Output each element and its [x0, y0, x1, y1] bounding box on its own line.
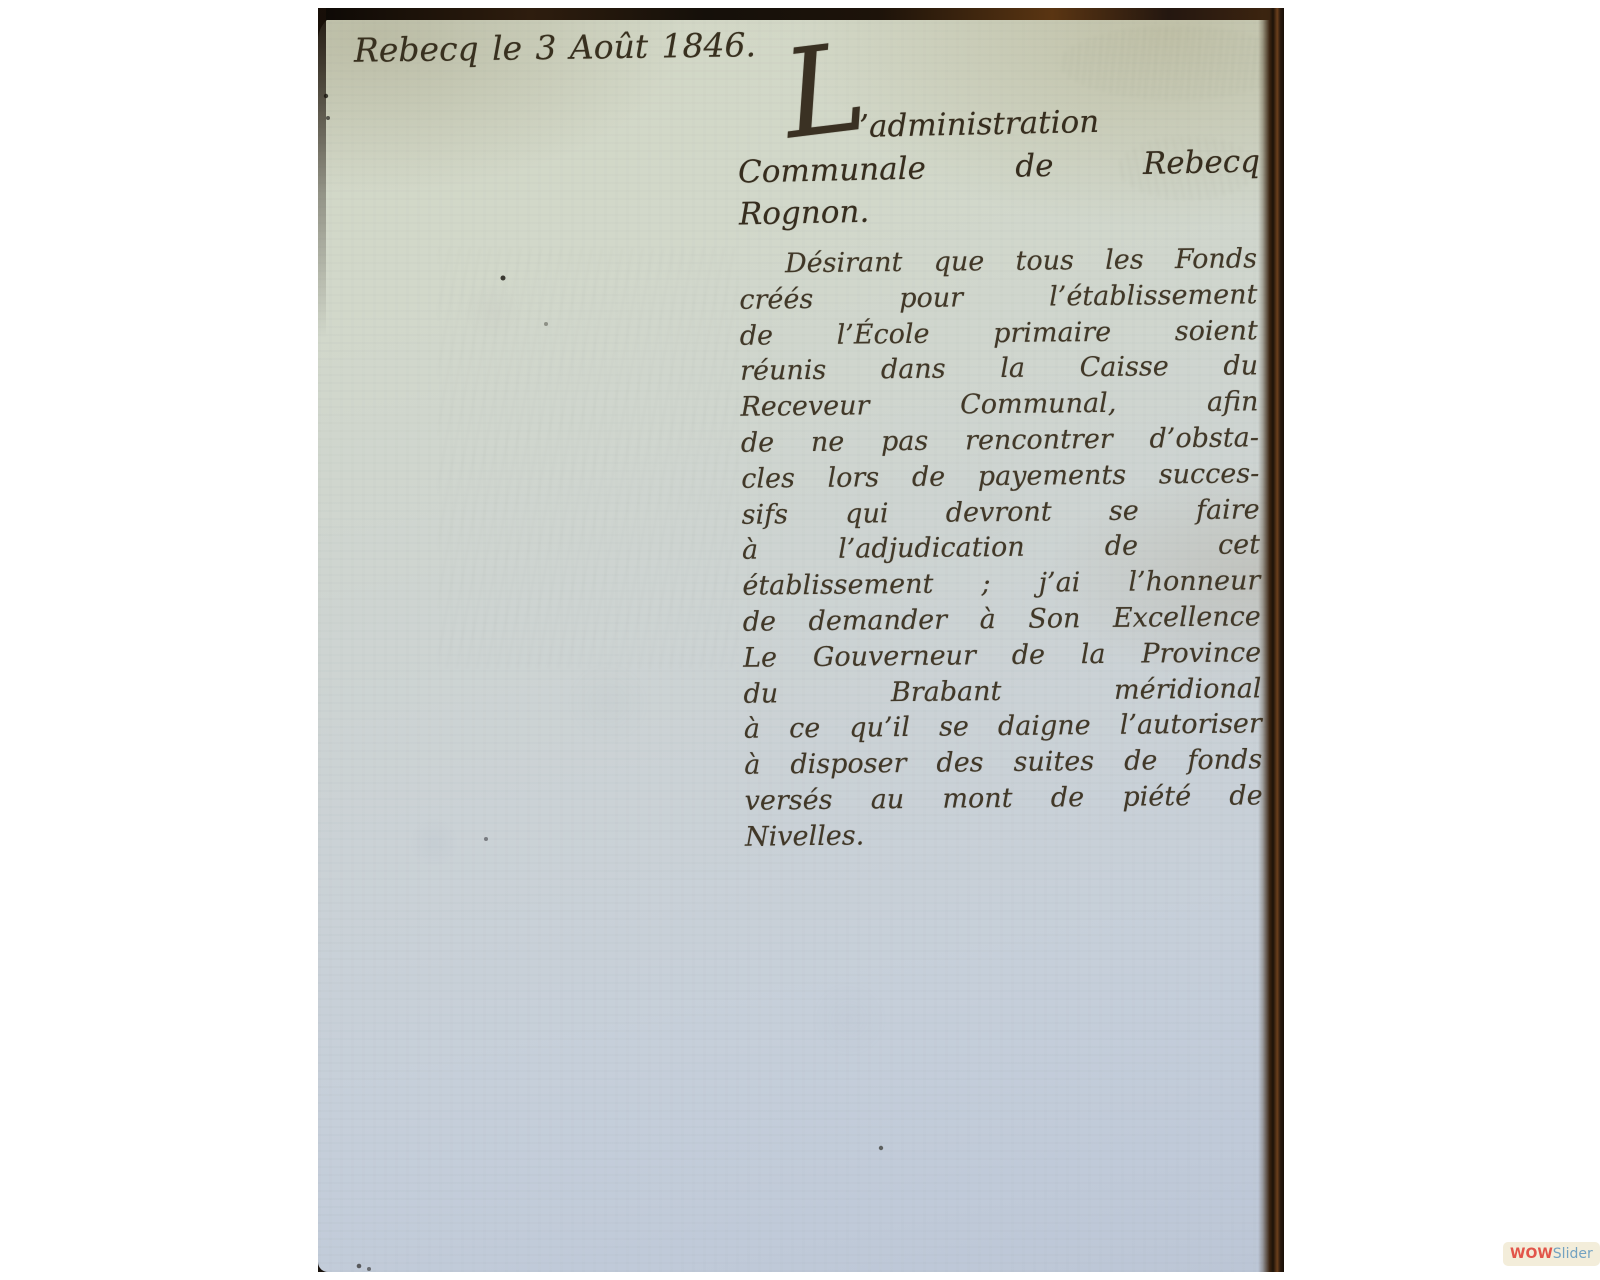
manuscript-line: à disposer des suites de fonds	[744, 742, 1262, 783]
manuscript-paper: Rebecq le 3 Août 1846. L ’administration…	[318, 8, 1284, 1272]
manuscript-line: Receveur Communal, afin	[740, 384, 1258, 425]
manuscript-line: de demander à Son Excellence	[743, 599, 1261, 640]
manuscript-line: créés pour l’établissement	[739, 277, 1257, 318]
manuscript-line: de l’École primaire soient	[740, 313, 1258, 354]
book-binding-edge	[1258, 8, 1284, 1272]
manuscript-line: du Brabant méridional	[743, 671, 1261, 712]
wowslider-watermark-badge[interactable]: WOWSlider	[1503, 1242, 1600, 1266]
manuscript-line: Nivelles.	[745, 814, 1263, 855]
manuscript-line: cles lors de payements succes-	[741, 456, 1259, 497]
manuscript-line: à l’adjudication de cet	[742, 528, 1260, 569]
letter-heading: ’administration Communale de Rebecq Rogn…	[737, 97, 1262, 236]
letter-body: Désirant que tous les Fonds créés pour l…	[739, 241, 1263, 855]
wowslider-brand-slider: Slider	[1553, 1242, 1593, 1266]
manuscript-line: réunis dans la Caisse du	[740, 349, 1258, 390]
manuscript-line: établissement ; j’ai l’honneur	[742, 563, 1260, 604]
manuscript-line: sifs qui devront se faire	[741, 492, 1259, 533]
book-top-edge	[318, 8, 1284, 20]
manuscript-line: Désirant que tous les Fonds	[739, 241, 1257, 282]
bleed-through-top-right	[1060, 26, 1284, 100]
manuscript-line: Le Gouverneur de la Province	[743, 635, 1261, 676]
manuscript-line: versés au mont de piété de	[744, 778, 1262, 819]
manuscript-photo: Rebecq le 3 Août 1846. L ’administration…	[318, 8, 1284, 1272]
bleed-through-left	[438, 248, 738, 668]
manuscript-line: à ce qu’il se daigne l’autoriser	[744, 707, 1262, 748]
book-left-edge-shadow	[318, 8, 326, 338]
date-line: Rebecq le 3 Août 1846.	[354, 25, 757, 70]
manuscript-line: de ne pas rencontrer d’obsta-	[741, 420, 1259, 461]
wowslider-brand-wow: WOW	[1510, 1242, 1553, 1266]
